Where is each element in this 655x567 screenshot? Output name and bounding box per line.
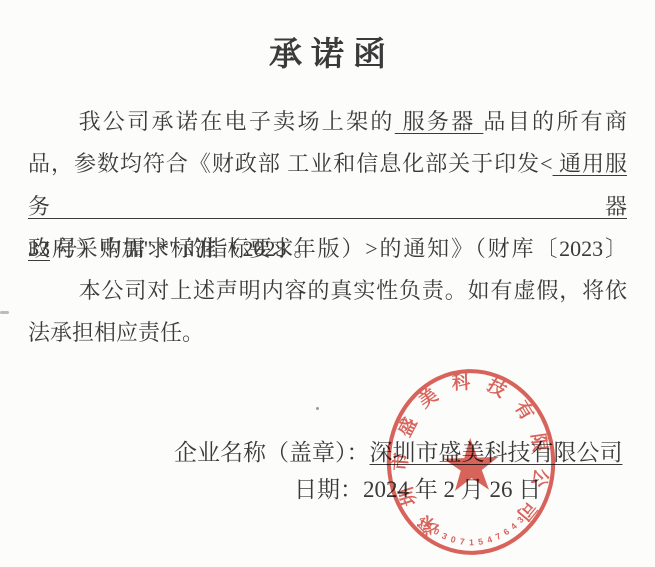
body-text-segment: 我公司承诺在电子卖场上架的	[79, 109, 395, 134]
date-label: 日期：	[294, 477, 363, 502]
seal-graphic: 深圳市盛美科技有限公司 4403071547643	[381, 363, 562, 561]
document-title: 承诺函	[0, 28, 655, 75]
company-label: 企业名称（盖章）：	[174, 440, 370, 465]
body-text-segment: 品，参数均符合《财政部 工业和信息化部关于印发<	[28, 151, 553, 176]
underlined-fill-in-text: 通用服	[553, 151, 627, 176]
company-seal-stamp: 深圳市盛美科技有限公司 4403071547643	[381, 363, 562, 561]
body-line: 务器政府采购需求标准（2023 年版）>的通知》（财库〔2023〕	[28, 186, 627, 228]
body-line: 品，参数均符合《财政部 工业和信息化部关于印发< 通用服	[28, 143, 627, 185]
body-line: 法承担相应责任。	[28, 312, 627, 354]
body-text-segment: 法承担相应责任。	[28, 320, 204, 345]
underlined-fill-in-text: 服务器	[395, 109, 484, 134]
body-text-segment: 本公司对上述声明内容的真实性负责。如有虚假，将依	[79, 278, 627, 303]
seal-star-icon	[443, 437, 500, 491]
scan-artifact-dash	[0, 311, 9, 314]
body-text-segment: 品目的所有商	[483, 109, 627, 134]
scan-artifact-speck	[316, 407, 319, 410]
scanned-document-page: 承诺函 我公司承诺在电子卖场上架的 服务器 品目的所有商品，参数均符合《财政部 …	[0, 0, 655, 567]
document-body: 我公司承诺在电子卖场上架的 服务器 品目的所有商品，参数均符合《财政部 工业和信…	[28, 101, 627, 355]
underlined-fill-in-text: 33	[28, 236, 50, 261]
body-text-segment: 号）中加" *" 的指标要求。	[50, 236, 315, 261]
body-line: 本公司对上述声明内容的真实性负责。如有虚假，将依	[28, 270, 627, 312]
body-line: 我公司承诺在电子卖场上架的 服务器 品目的所有商	[28, 101, 627, 143]
underlined-fill-in-text: 务器	[28, 194, 627, 219]
